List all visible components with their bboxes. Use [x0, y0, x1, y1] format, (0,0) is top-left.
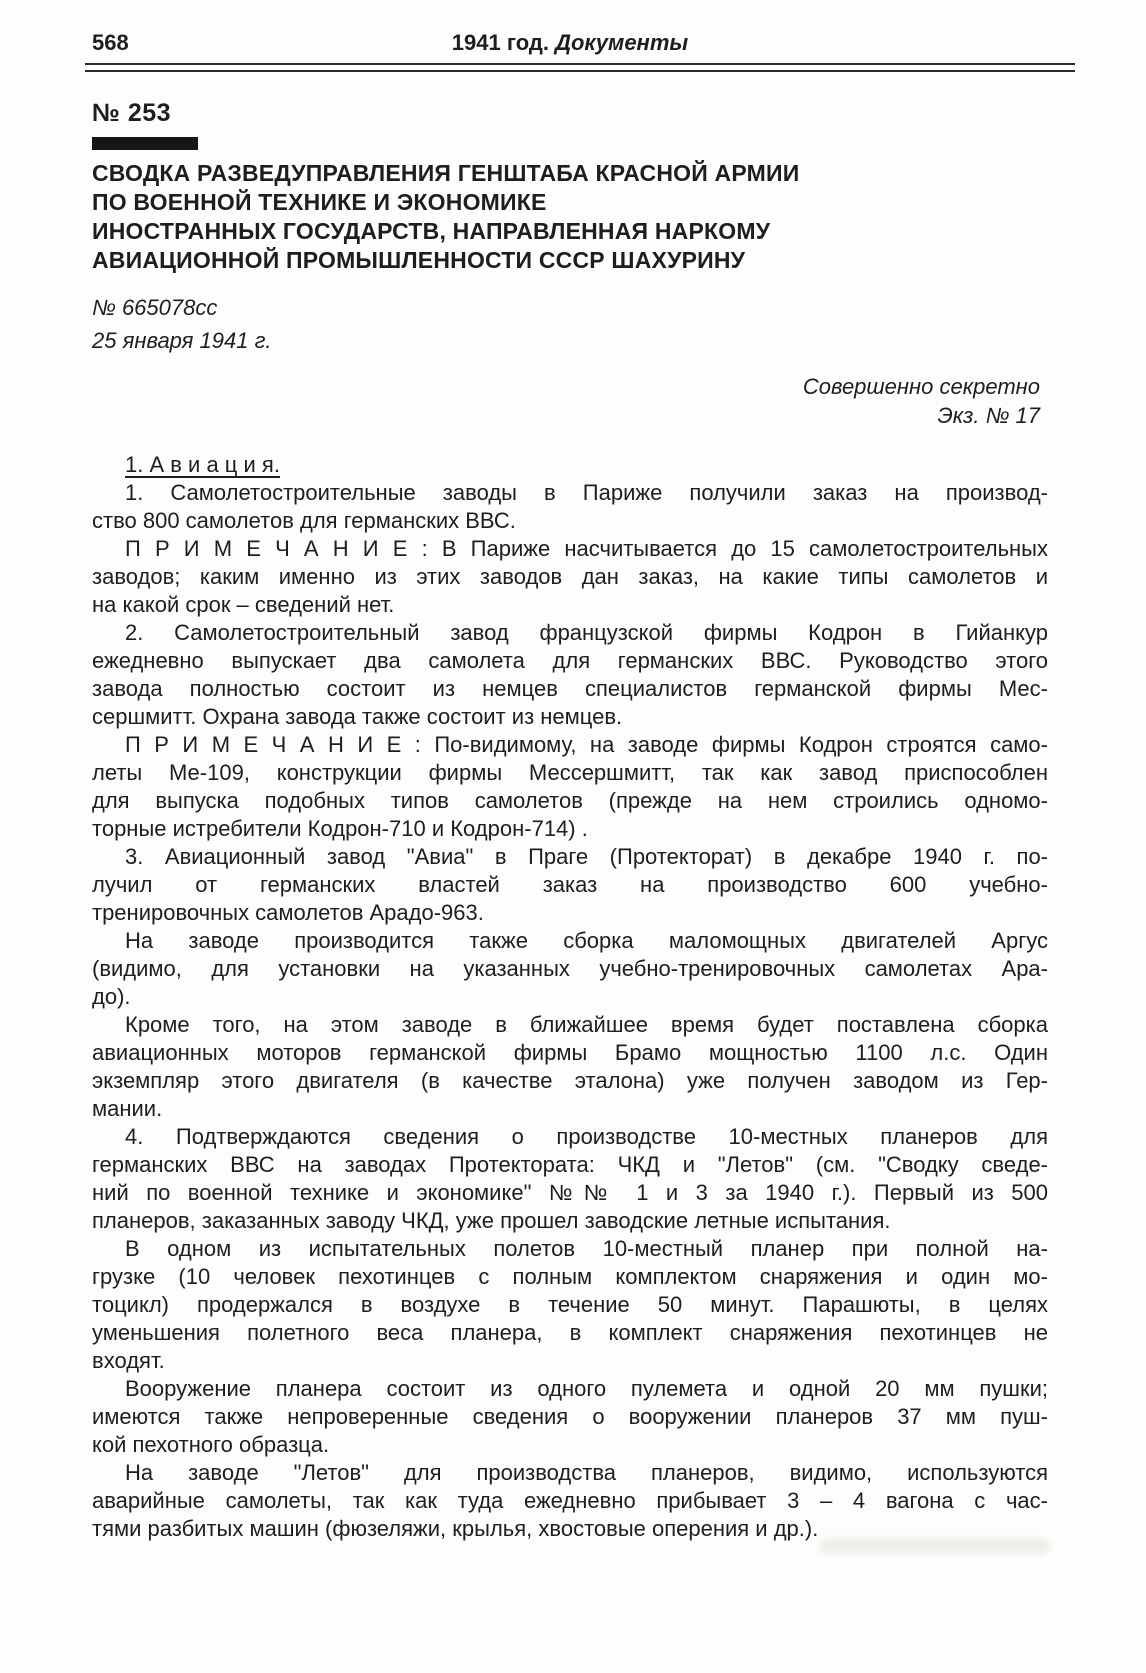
running-title-year: 1941 год. — [452, 30, 549, 55]
document-page: 568 1941 год. Документы № 253 СВОДКА РАЗ… — [0, 0, 1146, 1673]
text-line: тренировочных самолетов Арадо-963. — [92, 899, 1048, 927]
section-heading: 1. А в и а ц и я. — [92, 451, 1048, 479]
text-line: На заводе "Летов" для производства плане… — [92, 1459, 1048, 1487]
section-heading-text: 1. А в и а ц и я. — [125, 452, 280, 477]
text-line: П Р И М Е Ч А Н И Е : В Париже насчитыва… — [92, 535, 1048, 563]
copy-number: Экз. № 17 — [92, 401, 1040, 430]
text-line: На заводе производится также сборка мало… — [92, 927, 1048, 955]
text-line: П Р И М Е Ч А Н И Е : По-видимому, на за… — [92, 731, 1048, 759]
paragraph: 4. Подтверждаются сведения о производств… — [92, 1123, 1048, 1235]
paragraph: На заводе "Летов" для производства плане… — [92, 1459, 1048, 1543]
text-line: В одном из испытательных полетов 10-мест… — [92, 1235, 1048, 1263]
text-line: 1. Самолетостроительные заводы в Париже … — [92, 479, 1048, 507]
text-line: СВОДКА РАЗВЕДУПРАВЛЕНИЯ ГЕНШТАБА КРАСНОЙ… — [92, 159, 1048, 188]
text-line: имеются также непроверенные сведения о в… — [92, 1403, 1048, 1431]
doc-number-underbar — [92, 137, 198, 150]
paragraph: 2. Самолетостроительный завод французско… — [92, 619, 1048, 731]
text-line: Вооружение планера состоит из одного пул… — [92, 1375, 1048, 1403]
text-line: экземпляр этого двигателя (в качестве эт… — [92, 1067, 1048, 1095]
text-line: уменьшения полетного веса планера, в ком… — [92, 1319, 1048, 1347]
paragraph: Кроме того, на этом заводе в ближайшее в… — [92, 1011, 1048, 1123]
doc-date: 25 января 1941 г. — [92, 327, 1048, 355]
text-line: ний по военной технике и экономике" №№ 1… — [92, 1179, 1048, 1207]
text-line: 4. Подтверждаются сведения о производств… — [92, 1123, 1048, 1151]
text-line: ство 800 самолетов для германских ВВС. — [92, 507, 1048, 535]
text-line: аварийные самолеты, так как туда ежеднев… — [92, 1487, 1048, 1515]
text-line: германских ВВС на заводах Протектората: … — [92, 1151, 1048, 1179]
text-line: ИНОСТРАННЫХ ГОСУДАРСТВ, НАПРАВЛЕННАЯ НАР… — [92, 217, 1048, 246]
paragraph: В одном из испытательных полетов 10-мест… — [92, 1235, 1048, 1375]
text-line: на какой срок – сведений нет. — [92, 591, 1048, 619]
text-line: ежедневно выпускает два самолета для гер… — [92, 647, 1048, 675]
running-title: 1941 год. Документы — [92, 30, 1048, 56]
ref-number: № 665078сс — [92, 294, 1048, 322]
text-line: торные истребители Кодрон-710 и Кодрон-7… — [92, 815, 1048, 843]
paragraph: 3. Авиационный завод "Авиа" в Праге (Про… — [92, 843, 1048, 927]
paragraph: Вооружение планера состоит из одного пул… — [92, 1375, 1048, 1459]
text-line: до). — [92, 983, 1048, 1011]
text-line: ПО ВОЕННОЙ ТЕХНИКЕ И ЭКОНОМИКЕ — [92, 188, 1048, 217]
paragraph: П Р И М Е Ч А Н И Е : По-видимому, на за… — [92, 731, 1048, 843]
text-line: входят. — [92, 1347, 1048, 1375]
text-line: мании. — [92, 1095, 1048, 1123]
text-line: Кроме того, на этом заводе в ближайшее в… — [92, 1011, 1048, 1039]
text-line: (видимо, для установки на указанных учеб… — [92, 955, 1048, 983]
text-line: сершмитт. Охрана завода также состоит из… — [92, 703, 1048, 731]
paragraph: П Р И М Е Ч А Н И Е : В Париже насчитыва… — [92, 535, 1048, 619]
page-number: 568 — [92, 30, 129, 56]
text-line: грузке (10 человек пехотинцев с полным к… — [92, 1263, 1048, 1291]
text-line: АВИАЦИОННОЙ ПРОМЫШЛЕННОСТИ СССР ШАХУРИНУ — [92, 246, 1048, 275]
classification-level: Совершенно секретно — [92, 372, 1040, 401]
text-line: лучил от германских властей заказ на про… — [92, 871, 1048, 899]
text-line: кой пехотного образца. — [92, 1431, 1048, 1459]
scan-artifact — [820, 1538, 1050, 1554]
document-body: 1. Самолетостроительные заводы в Париже … — [92, 479, 1048, 1543]
paragraph: 1. Самолетостроительные заводы в Париже … — [92, 479, 1048, 535]
text-line: авиационных моторов германской фирмы Бра… — [92, 1039, 1048, 1067]
text-line: леты Ме-109, конструкции фирмы Мессершми… — [92, 759, 1048, 787]
text-line: 3. Авиационный завод "Авиа" в Праге (Про… — [92, 843, 1048, 871]
text-line: для выпуска подобных типов самолетов (пр… — [92, 787, 1048, 815]
paragraph: На заводе производится также сборка мало… — [92, 927, 1048, 1011]
page-header: 568 1941 год. Документы — [92, 30, 1048, 60]
text-line: 2. Самолетостроительный завод французско… — [92, 619, 1048, 647]
classification-stamp: Совершенно секретно Экз. № 17 — [92, 372, 1048, 430]
header-rule — [85, 63, 1075, 72]
text-line: планеров, заказанных заводу ЧКД, уже про… — [92, 1207, 1048, 1235]
running-title-section: Документы — [555, 30, 688, 55]
text-line: завода полностью состоит из немцев специ… — [92, 675, 1048, 703]
text-line: заводов; каким именно из этих заводов да… — [92, 563, 1048, 591]
doc-number: № 253 — [92, 99, 1048, 128]
text-line: тоцикл) продержался в воздухе в течение … — [92, 1291, 1048, 1319]
doc-title: СВОДКА РАЗВЕДУПРАВЛЕНИЯ ГЕНШТАБА КРАСНОЙ… — [92, 159, 1048, 275]
